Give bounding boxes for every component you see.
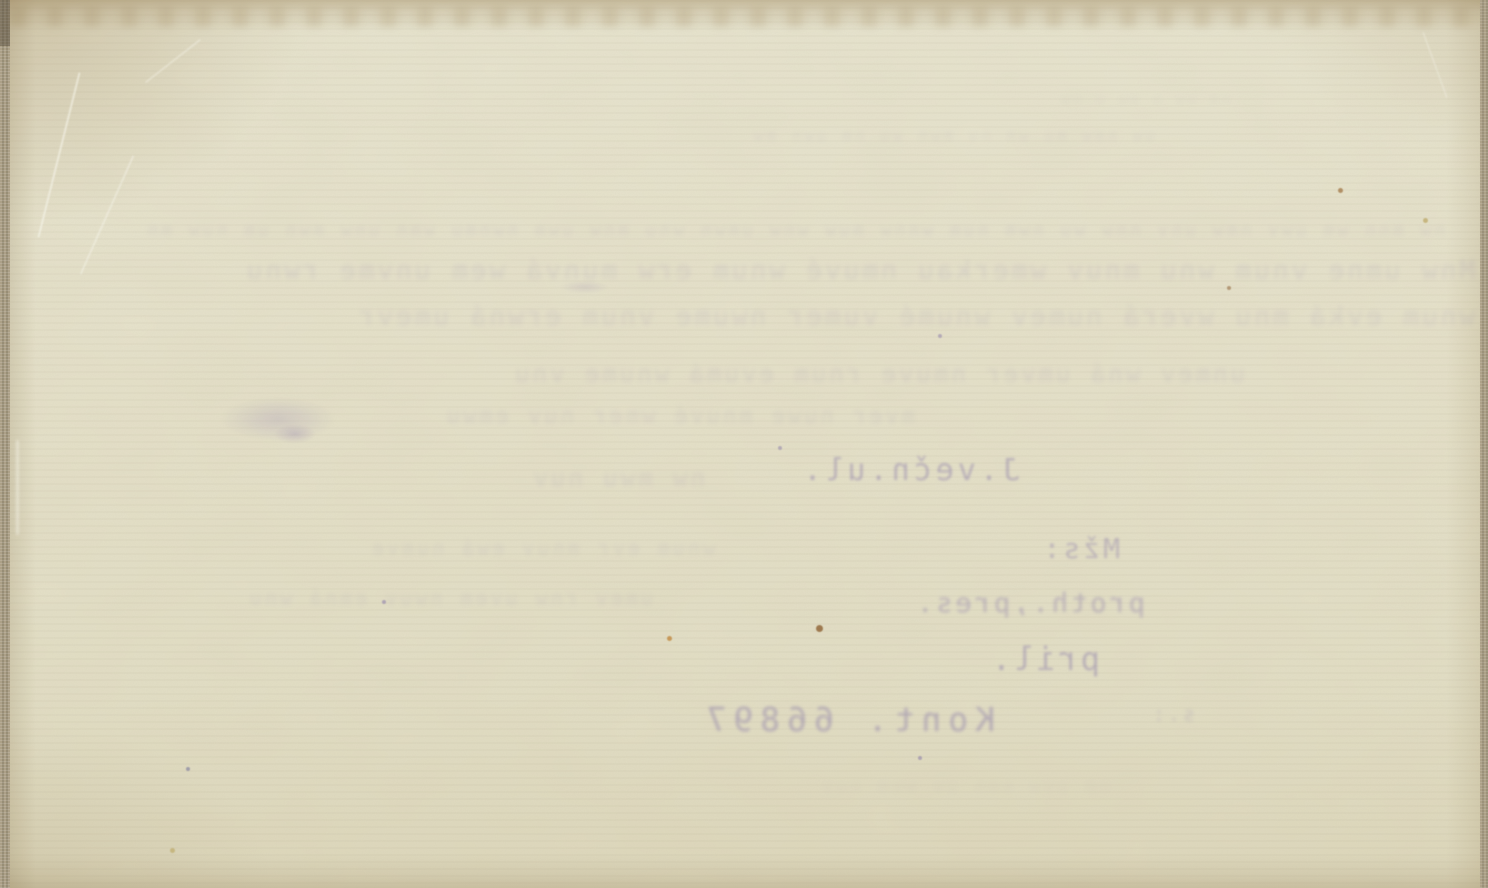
ink-speck <box>918 756 922 760</box>
ghost-text-band: Mnw umne vnum wnu mnuv wmerkau nmuvé wnu… <box>130 256 1475 286</box>
ink-speck <box>938 334 942 338</box>
fox-spot <box>170 848 175 853</box>
fabric-backdrop-shadow <box>0 0 10 46</box>
fabric-backdrop-left-edge <box>0 0 10 888</box>
paper-top-deckle-edge <box>10 7 1480 27</box>
ghost-text-fragment-kont: Kont. 66897 <box>645 700 995 739</box>
paper-sheet: nm uw n mw u nw uw nmw mu wn nu mwn wu n… <box>10 0 1480 888</box>
ghost-text-fragment-kont-side: s.: <box>1085 702 1195 726</box>
crease-line <box>37 72 80 237</box>
ghost-text-band: nw mnn wm uwv nmw unv nnw wu nwm num wnn… <box>105 220 1445 241</box>
fox-spot <box>816 625 823 632</box>
ghost-text-fragment-mzs: Mžs: <box>870 532 1120 565</box>
ghost-text-fragment-vecer: J.večn.ul. <box>690 453 1020 488</box>
fox-spot <box>1227 286 1231 290</box>
ink-speck <box>382 600 386 604</box>
ink-smudge <box>550 278 620 296</box>
ghost-text-band: wnum evká mnu wverá numev wnumé vumer nw… <box>130 302 1475 332</box>
crease-line <box>145 39 201 84</box>
fox-spot <box>1338 188 1343 193</box>
scanned-document-page: nm uw n mw u nw uw nmw mu wn nu mwn wu n… <box>0 0 1488 888</box>
ghost-text-band: unmev wná umver nmuve rnum evumá wnume v… <box>130 360 1245 388</box>
ink-speck <box>778 446 782 450</box>
ghost-text-band: nm uvw emn uv wem nuv <box>310 776 1110 797</box>
fox-spot <box>1423 218 1428 223</box>
ghost-text-fragment-pril: pril. <box>915 640 1100 678</box>
crease-line <box>16 440 19 535</box>
fabric-backdrop-right-edge <box>1480 0 1488 888</box>
ink-speck <box>186 767 190 771</box>
ghost-text-band: nw mwu nuv <box>405 464 705 492</box>
ghost-text-band: nm uw n mw u nw <box>440 92 1230 108</box>
ghost-text-fragment-proth: proth.,pres. <box>855 588 1145 619</box>
crease-line <box>1422 32 1448 98</box>
crease-line <box>80 155 135 275</box>
ghost-text-band: wnum evr mnuv ewá numve <box>105 536 715 560</box>
fox-spot <box>667 636 672 641</box>
ink-smudge <box>265 420 325 448</box>
ghost-text-band: umev rnw uvem nwuv emná wnu <box>38 586 653 610</box>
ghost-text-band: uw nmw mu wn nu mwn wu nm uwn mw <box>465 126 1155 145</box>
